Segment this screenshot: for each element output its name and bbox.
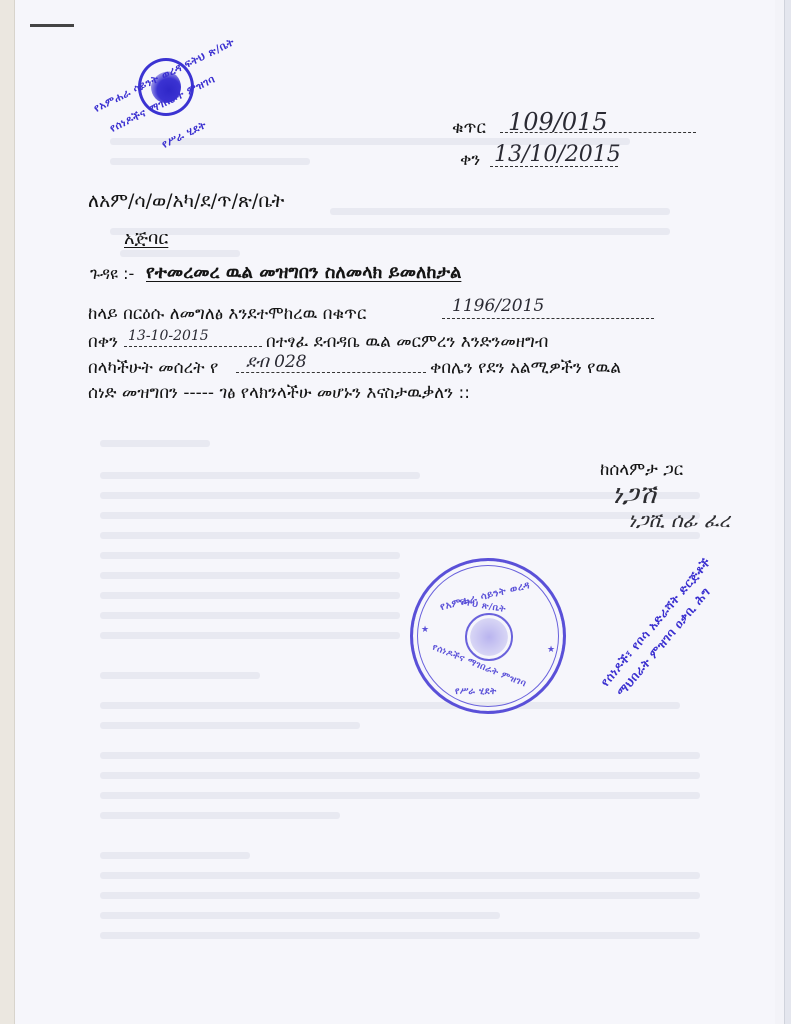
- seal-emblem-icon: [465, 613, 513, 661]
- addressee-location: አጅባር: [124, 228, 168, 249]
- body-line-2-prefix: በቀን: [88, 332, 118, 352]
- scan-left-edge: [0, 0, 14, 1024]
- scan-mark: [30, 24, 74, 27]
- reference-date-label: ቀን: [460, 150, 480, 170]
- signature: ነጋሽ: [612, 480, 656, 511]
- kebele-code: ደብ 028: [246, 352, 307, 372]
- addressee: ለአም/ሳ/ወ/አካ/ደ/ጥ/ጽ/ቤት: [88, 190, 284, 212]
- body-line-4: ሰነድ መዝግበን ----- ገፅ የላክንላችሁ መሆኑን እናስታዉቃለን…: [88, 383, 470, 403]
- body-line-2-blank: [124, 346, 262, 347]
- body-line-1-blank: [442, 318, 654, 319]
- closing-greeting: ከሰላምታ ጋር: [600, 460, 683, 480]
- reference-date-value: 13/10/2015: [494, 142, 621, 167]
- reference-number-label: ቁጥር: [452, 118, 486, 138]
- signatory-name: ነጋሺ ሰፊ ፈረ: [628, 508, 730, 532]
- scan-right-edge: [784, 0, 791, 1024]
- body-line-1-text: ከላይ በርዕሱ ለመግለፅ እንደተሞከረዉ በቁጥር: [88, 304, 366, 324]
- round-office-seal: ★ ★ የአምሐራ ሳይንት ወረዳ ፍትህ ጽ/ቤት የሰነዶችና ማገበራት…: [410, 558, 566, 714]
- body-line-3-prefix: በላካችሁት መሰረት የ: [88, 358, 218, 378]
- body-line-2-text: በተፃፈ ደብዳቤ ዉል መርምረን እንድንመዘግብ: [266, 332, 548, 352]
- body-line-3-text: ቀበሌን የደን አልሚዎችን የዉል: [430, 358, 621, 378]
- reference-number-value: 109/015: [508, 108, 608, 136]
- body-line-3-blank: [236, 372, 426, 373]
- letter-date: 13-10-2015: [128, 328, 209, 344]
- seal-text-bottom-2: የሥራ ሂደት: [455, 687, 497, 697]
- seal-star-icon: ★: [421, 625, 429, 635]
- letter-reference-number: 1196/2015: [452, 296, 544, 316]
- seal-star-icon: ★: [547, 645, 555, 655]
- subject-label: ጉዳዩ :-: [90, 264, 134, 284]
- subject-line: የተመረመረ ዉል መዝግበን ስለመላክ ይመለከታል: [146, 262, 461, 283]
